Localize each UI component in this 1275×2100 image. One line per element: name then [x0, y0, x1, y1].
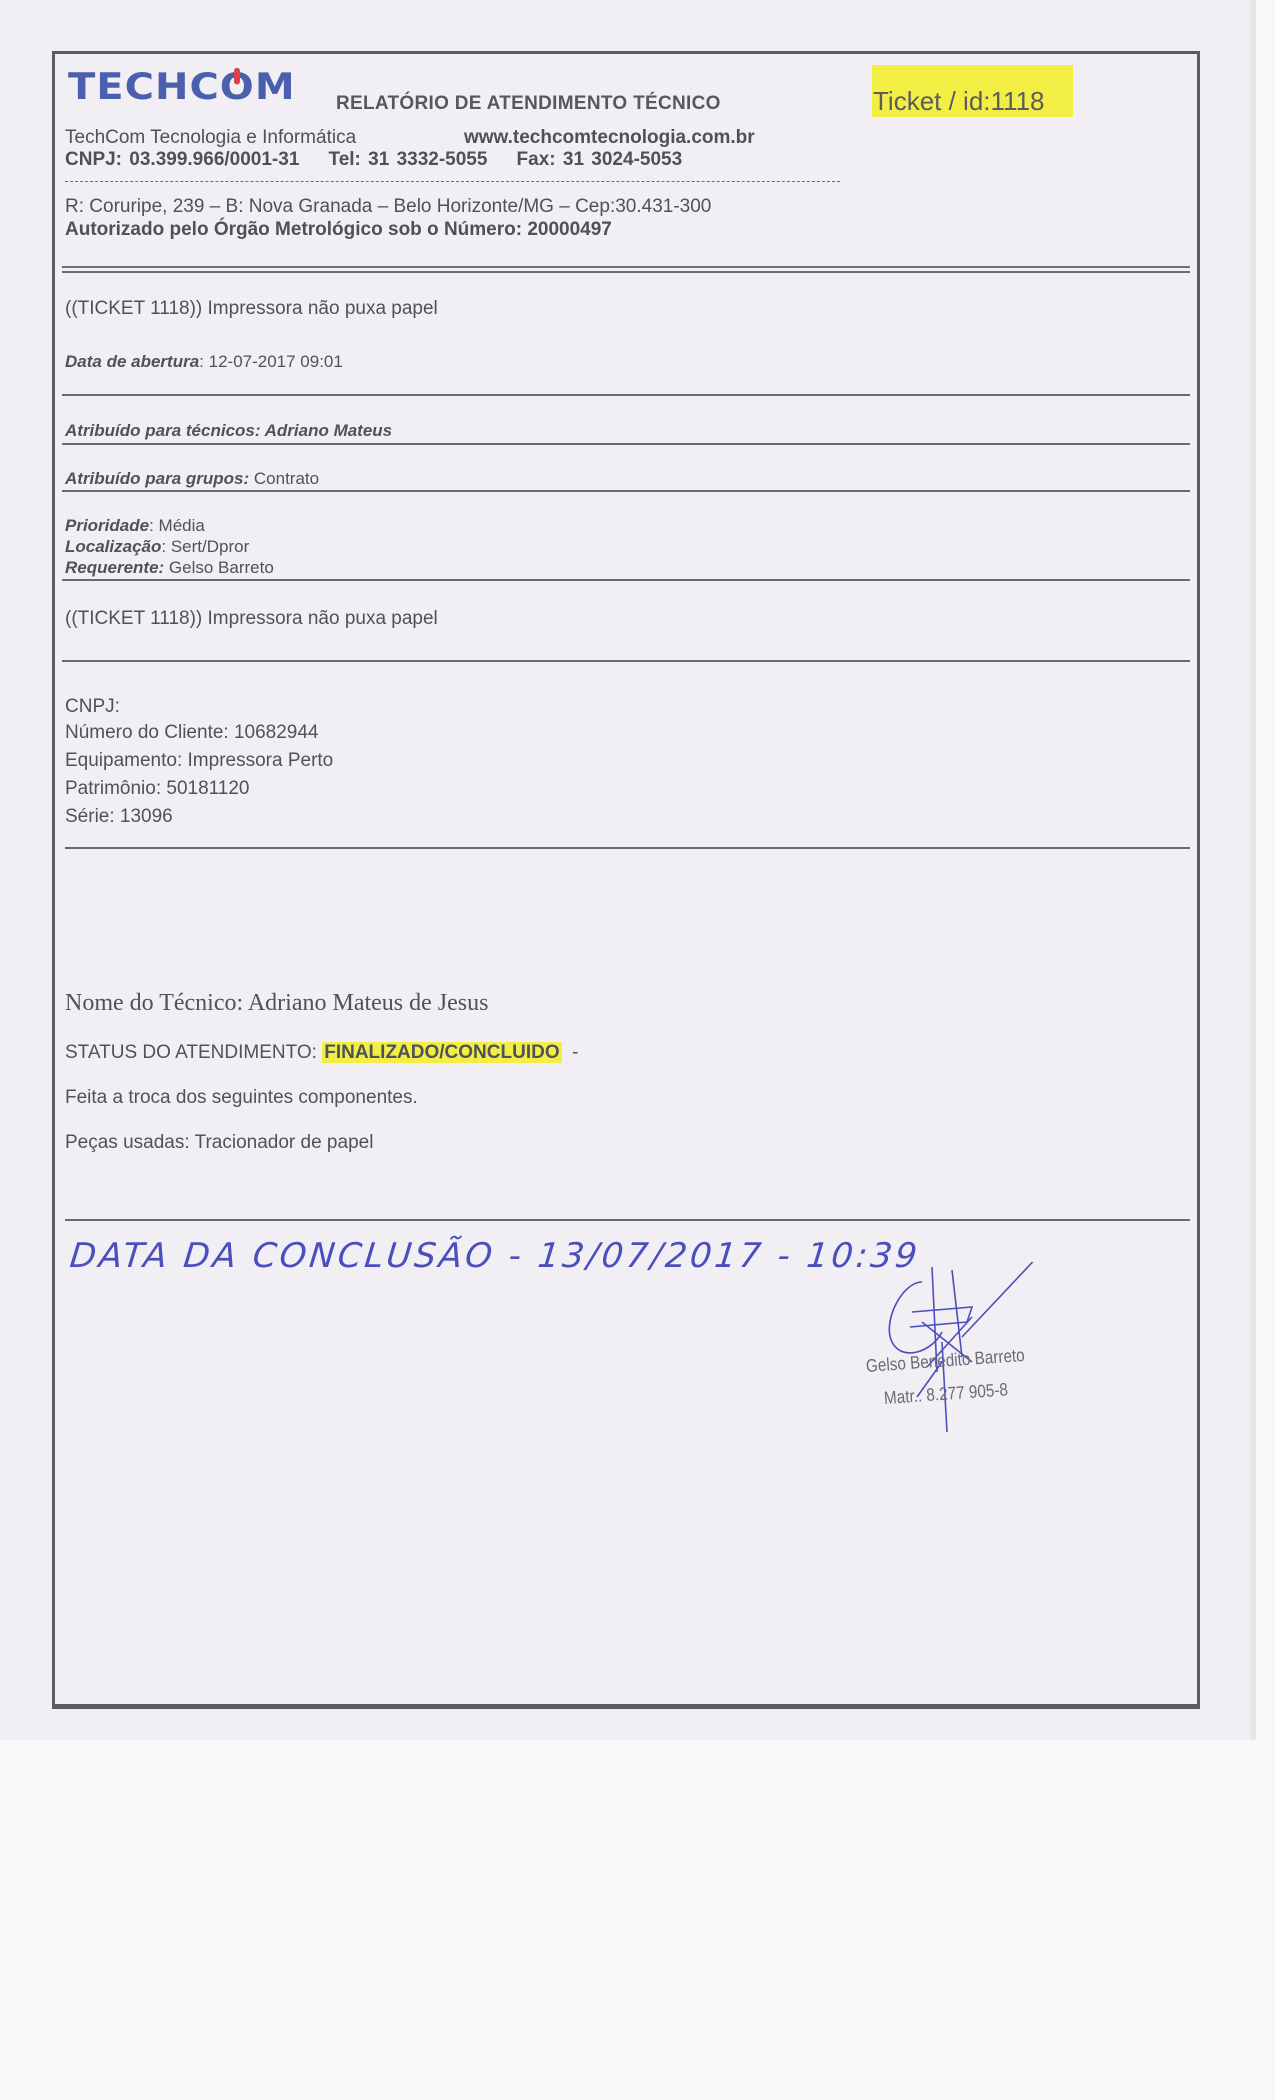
- company-cnpj-contact: CNPJ: 03.399.966/0001-31 Tel: 31 3332-50…: [65, 149, 682, 171]
- divider: [65, 1219, 1190, 1221]
- asset-number: Patrimônio: 50181120: [65, 778, 250, 800]
- technician-name: Nome do Técnico: Adriano Mateus de Jesus: [65, 990, 488, 1017]
- assigned-groups: Atribuído para grupos: Contrato: [65, 469, 319, 489]
- opening-date-label: Data de abertura: [65, 352, 199, 371]
- assigned-groups-label: Atribuído para grupos:: [65, 469, 249, 488]
- dashed-divider: [65, 181, 840, 182]
- techcom-logo: TECHCOM: [68, 66, 296, 108]
- opening-date: Data de abertura: 12-07-2017 09:01: [65, 352, 343, 372]
- assigned-groups-value: Contrato: [249, 469, 319, 488]
- scanned-paper: TECHCOM RELATÓRIO DE ATENDIMENTO TÉCNICO…: [0, 0, 1256, 1740]
- client-number: Número do Cliente: 10682944: [65, 722, 319, 744]
- status-label: STATUS DO ATENDIMENTO:: [65, 1042, 322, 1063]
- company-name: TechCom Tecnologia e Informática: [65, 127, 356, 149]
- client-cnpj: CNPJ:: [65, 696, 120, 718]
- location-label: Localização: [65, 537, 161, 556]
- location-value: : Sert/Dpror: [161, 537, 249, 556]
- divider: [62, 394, 1190, 396]
- priority: Prioridade: Média: [65, 516, 205, 536]
- divider: [62, 579, 1190, 581]
- equipment: Equipamento: Impressora Perto: [65, 750, 333, 772]
- priority-value: : Média: [149, 516, 205, 535]
- handwritten-completion-date: DATA DA CONCLUSÃO - 13/07/2017 - 10:39: [68, 1236, 922, 1276]
- metrology-authorization: Autorizado pelo Órgão Metrológico sob o …: [65, 219, 612, 241]
- divider: [62, 443, 1190, 445]
- service-status: STATUS DO ATENDIMENTO: FINALIZADO/CONCLU…: [65, 1042, 579, 1064]
- assigned-technicians: Atribuído para técnicos: Adriano Mateus: [65, 421, 392, 441]
- ticket-description: ((TICKET 1118)) Impressora não puxa pape…: [65, 608, 438, 630]
- serial-number: Série: 13096: [65, 806, 173, 828]
- location: Localização: Sert/Dpror: [65, 537, 249, 557]
- requester-label: Requerente:: [65, 558, 164, 577]
- header-divider: [62, 266, 1190, 273]
- divider: [62, 490, 1190, 492]
- requester-value: Gelso Barreto: [164, 558, 274, 577]
- divider: [62, 660, 1190, 662]
- company-address: R: Coruripe, 239 – B: Nova Granada – Bel…: [65, 196, 711, 218]
- power-icon: O: [220, 66, 255, 108]
- requester: Requerente: Gelso Barreto: [65, 558, 274, 578]
- parts-used: Peças usadas: Tracionador de papel: [65, 1132, 373, 1154]
- priority-label: Prioridade: [65, 516, 149, 535]
- ticket-title: ((TICKET 1118)) Impressora não puxa pape…: [65, 298, 438, 320]
- divider: [65, 847, 1190, 849]
- opening-date-value: : 12-07-2017 09:01: [199, 352, 343, 371]
- ticket-id-badge: Ticket / id:1118: [872, 65, 1073, 117]
- report-title: RELATÓRIO DE ATENDIMENTO TÉCNICO: [336, 93, 721, 115]
- company-website: www.techcomtecnologia.com.br: [464, 127, 755, 149]
- status-suffix: -: [562, 1042, 579, 1063]
- work-done: Feita a troca dos seguintes componentes.: [65, 1087, 418, 1109]
- status-badge: FINALIZADO/CONCLUIDO: [322, 1042, 561, 1063]
